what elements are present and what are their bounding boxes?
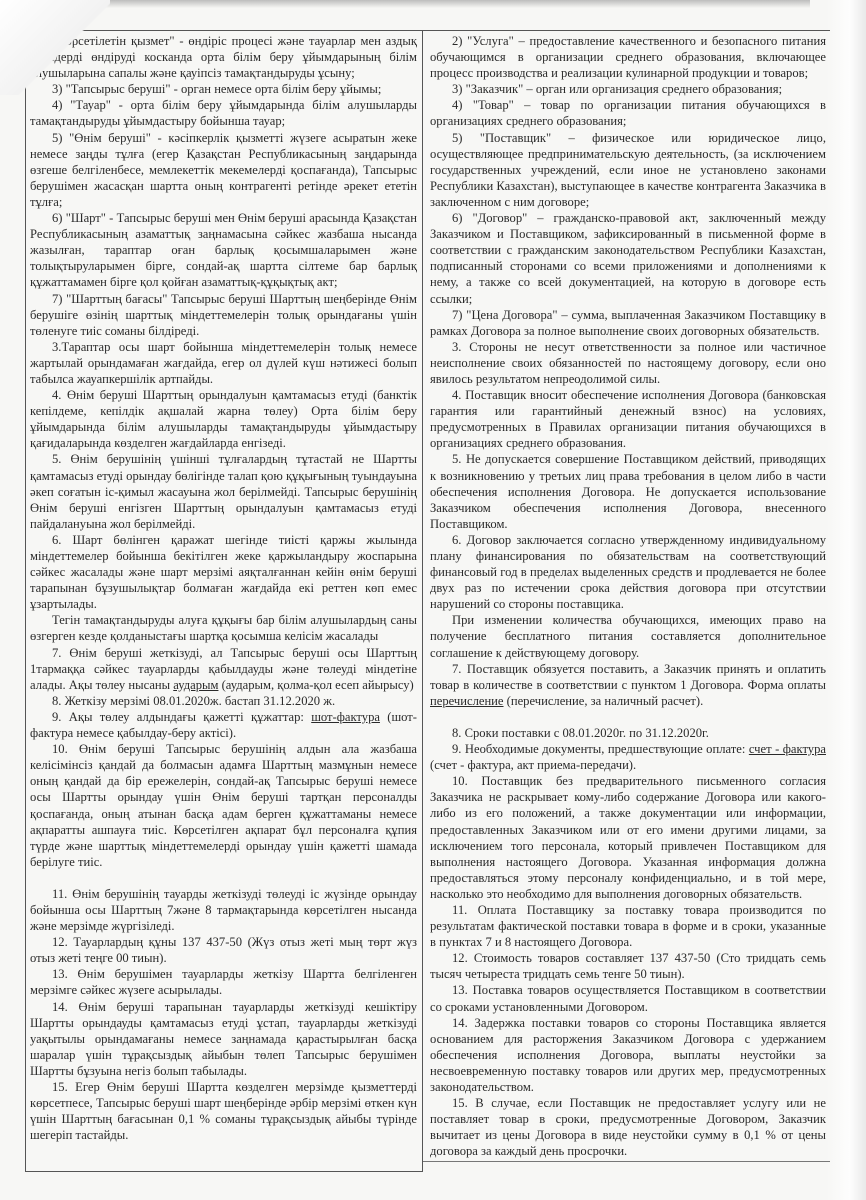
kazakh-column: "Көрсетілетін қызмет" - өндіріс процесі …	[25, 31, 423, 1172]
kz-clause-4: 4. Өнім беруші Шарттың орындалуын қамтам…	[30, 387, 417, 451]
kz-clause-8: 8. Жеткізу мерзімі 08.01.2020ж. бастап 3…	[30, 693, 417, 709]
ru-definition-2: 2) "Услуга" – предоставление качественно…	[430, 33, 826, 81]
ru-clause-3: 3. Стороны не несут ответственности за п…	[430, 339, 826, 387]
bilingual-contract-table: "Көрсетілетін қызмет" - өндіріс процесі …	[25, 30, 830, 1172]
kz-clause-6-addendum: Тегін тамақтандыруды алуға құқығы бар бі…	[30, 612, 417, 644]
kz-payment-form-underlined: аударым	[173, 678, 218, 692]
ru-clause-6-addendum: При изменении количества обучающихся, им…	[430, 612, 826, 660]
kz-clause-6: 6. Шарт бөлінген қаражат шегінде тиісті …	[30, 532, 417, 612]
ru-clause-7-options: (перечисление, за наличный расчет).	[504, 694, 704, 708]
russian-column: 2) "Услуга" – предоставление качественно…	[423, 31, 830, 1162]
ru-clause-11: 11. Оплата Поставщику за поставку товара…	[430, 902, 826, 950]
ru-clause-13: 13. Поставка товаров осуществляется Пост…	[430, 982, 826, 1014]
ru-definition-6: 6) "Договор" – гражданско-правовой акт, …	[430, 210, 826, 307]
kz-definition-5: 5) "Өнім беруші" - кәсіпкерлік қызметті …	[30, 130, 417, 210]
ru-invoice-underlined: счет - фактура	[749, 742, 826, 756]
ru-clause-10: 10. Поставщик без предварительного письм…	[430, 773, 826, 902]
page-top-shadow	[90, 0, 810, 8]
ru-clause-12: 12. Стоимость товаров составляет 137 437…	[430, 950, 826, 982]
kz-clause-3: 3.Тараптар осы шарт бойынша міндеттемеле…	[30, 339, 417, 387]
kz-clause-7-options: (аударым, қолма-қол есеп айырысу)	[218, 678, 413, 692]
ru-clause-4: 4. Поставщик вносит обеспечение исполнен…	[430, 387, 826, 451]
ru-clause-9-text: 9. Необходимые документы, предшествующие…	[452, 742, 749, 756]
kz-clause-9: 9. Ақы төлеу алдындағы қажетті құжаттар:…	[30, 709, 417, 741]
ru-clause-7-text: 7. Поставщик обязуется поставить, а Зака…	[430, 662, 826, 692]
spacer	[30, 870, 417, 886]
kz-clause-14: 14. Өнім беруші тарапынан тауарларды жет…	[30, 999, 417, 1079]
kz-invoice-underlined: шот-фактура	[311, 710, 380, 724]
ru-definition-7: 7) "Цена Договора" – сумма, выплаченная …	[430, 307, 826, 339]
kz-clause-10: 10. Өнім беруші Тапсырыс берушінің алдын…	[30, 741, 417, 870]
ru-clause-5: 5. Не допускается совершение Поставщиком…	[430, 451, 826, 531]
kz-clause-12: 12. Тауарлардың құны 137 437-50 (Жүз оты…	[30, 934, 417, 966]
kz-definition-4: 4) "Тауар" - орта білім беру ұйымдарында…	[30, 97, 417, 129]
kz-definition-7: 7) "Шарттың бағасы" Тапсырыс беруші Шарт…	[30, 291, 417, 339]
ru-clause-8: 8. Сроки поставки с 08.01.2020г. по 31.1…	[430, 725, 826, 741]
kz-clause-15: 15. Егер Өнім беруші Шартта көзделген ме…	[30, 1079, 417, 1143]
kz-clause-9-text: 9. Ақы төлеу алдындағы қажетті құжаттар:	[52, 710, 311, 724]
ru-clause-7: 7. Поставщик обязуется поставить, а Зака…	[430, 661, 826, 709]
ru-clause-6: 6. Договор заключается согласно утвержде…	[430, 532, 826, 612]
ru-clause-15: 15. В случае, если Поставщик не предоста…	[430, 1095, 826, 1159]
page-right-edge	[826, 0, 866, 1200]
ru-clause-9-options: (счет - фактура, акт приема-передачи).	[430, 758, 636, 772]
ru-clause-9: 9. Необходимые документы, предшествующие…	[430, 741, 826, 773]
kz-definition-6: 6) "Шарт" - Тапсырыс беруші мен Өнім бер…	[30, 210, 417, 290]
ru-clause-14: 14. Задержка поставки товаров со стороны…	[430, 1015, 826, 1095]
kz-clause-5: 5. Өнім берушінің үшінші тұлғалардың тұт…	[30, 451, 417, 531]
kz-clause-13: 13. Өнім берушімен тауарларды жеткізу Ша…	[30, 966, 417, 998]
kz-clause-7: 7. Өнім беруші жеткізуді, ал Тапсырыс бе…	[30, 645, 417, 693]
spacer	[430, 709, 826, 725]
folded-page-corner	[0, 0, 110, 95]
ru-definition-4: 4) "Товар" – товар по организации питани…	[430, 97, 826, 129]
kz-clause-11: 11. Өнім берушінің тауарды жеткізуді төл…	[30, 886, 417, 934]
ru-definition-5: 5) "Поставщик" – физическое или юридичес…	[430, 130, 826, 210]
ru-payment-form-underlined: перечисление	[430, 694, 504, 708]
ru-definition-3: 3) "Заказчик" – орган или организация ср…	[430, 81, 826, 97]
